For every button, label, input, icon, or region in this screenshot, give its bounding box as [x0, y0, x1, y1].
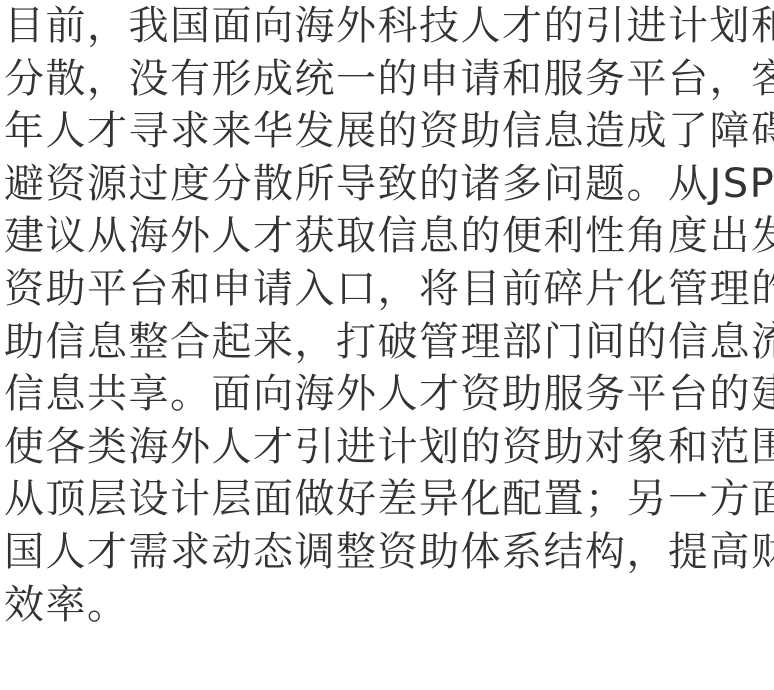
paragraph-line: 信息共享。面向海外人才资助服务平台的建立，一方面迫	[4, 368, 774, 421]
paragraph-line: 国人才需求动态调整资助体系结构，提高财政资金的使用	[4, 526, 774, 579]
paragraph-line: 资助平台和申请入口，将目前碎片化管理的项目申请和资	[4, 263, 774, 316]
paragraph-line: 目前，我国面向海外科技人才的引进计划和资助项目管理	[4, 0, 774, 53]
paragraph-line: 从顶层设计层面做好差异化配置；另一方面有利于根据本	[4, 473, 774, 526]
paragraph-line: 效率。	[4, 579, 774, 632]
paragraph-line: 年人才寻求来华发展的资助信息造成了障碍，也不便于规	[4, 105, 774, 158]
article-paragraph: 目前，我国面向海外科技人才的引进计划和资助项目管理 分散，没有形成统一的申请和服…	[4, 0, 774, 631]
paragraph-line: 避资源过度分散所导致的诸多问题。从JSPS的经验来看，	[4, 158, 774, 211]
paragraph-line: 建议从海外人才获取信息的便利性角度出发，建立统一的	[4, 210, 774, 263]
paragraph-line: 助信息整合起来，打破管理部门间的信息流动屏障、实现	[4, 316, 774, 369]
paragraph-line: 分散，没有形成统一的申请和服务平台，客观上对海外青	[4, 53, 774, 106]
paragraph-line: 使各类海外人才引进计划的资助对象和范围进一步明确，	[4, 421, 774, 474]
